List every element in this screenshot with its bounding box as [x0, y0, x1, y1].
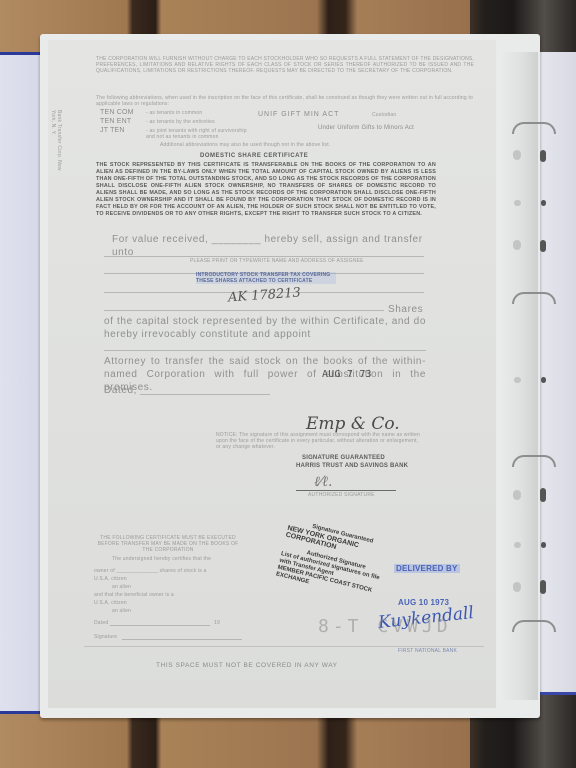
perforation-cancel-mark: 8-T CVWJD	[318, 616, 452, 637]
uniform-gifts-label: Under Uniform Gifts to Minors Act	[318, 124, 458, 133]
authorized-signature-label: AUTHORIZED SIGNATURE	[308, 492, 375, 498]
punch-hole	[540, 240, 546, 252]
punch-hole	[514, 377, 521, 383]
dated-footer-label: Dated	[94, 620, 108, 626]
form-line: and that the beneficial owner is a	[94, 592, 174, 598]
form-line: an alien	[112, 608, 131, 614]
form-line: owner of ______________ shares of stock …	[94, 568, 206, 574]
shares-line	[104, 310, 384, 311]
form-line: U.S.A. citizen	[94, 600, 127, 606]
abbrev-code: JT TEN	[100, 126, 125, 135]
form-line: an alien	[112, 584, 131, 590]
undersigned-text: The undersigned hereby certifies that th…	[112, 556, 211, 562]
authorized-signature-line	[296, 490, 396, 491]
attorney-text: Attorney to transfer the said stock on t…	[104, 355, 426, 394]
delivered-by-stamp: DELIVERED BY	[394, 564, 460, 573]
punch-hole	[513, 582, 521, 592]
abbreviations-intro: The following abbreviations, when used i…	[96, 95, 474, 107]
binder-ring-icon	[512, 620, 556, 632]
notice-text: NOTICE: The signature of this assignment…	[216, 432, 424, 450]
capital-stock-text: of the capital stock represented by the …	[104, 315, 426, 341]
footer-warning: THIS SPACE MUST NOT BE COVERED IN ANY WA…	[156, 661, 338, 670]
domestic-share-paragraph: THE STOCK REPRESENTED BY THIS CERTIFICAT…	[96, 162, 436, 218]
attorney-line	[104, 350, 426, 351]
abbrev-code: TEN COM	[100, 108, 134, 117]
intro-paragraph: THE CORPORATION WILL FURNISH WITHOUT CHA…	[96, 56, 474, 74]
bottom-bank-stamp: FIRST NATIONAL BANK	[398, 648, 457, 654]
abbrev-meaning: - as tenants by the entireties	[146, 119, 215, 125]
assignor-signature: Emp & Co.	[306, 414, 400, 434]
punch-hole	[514, 542, 521, 548]
punch-hole	[540, 150, 546, 162]
custodian-label: Custodian	[372, 112, 396, 118]
punch-hole	[540, 488, 546, 502]
year-label: 19	[214, 620, 220, 626]
certificate-notice-block: THE FOLLOWING CERTIFICATE MUST BE EXECUT…	[94, 535, 242, 553]
punch-hole	[514, 200, 521, 206]
guarantor-signature: ℓ⁄ℓ.	[314, 474, 332, 491]
date-stamp: AUG 7 73	[322, 370, 372, 379]
footer-divider	[84, 646, 484, 647]
punch-hole	[513, 150, 521, 160]
signature-line	[122, 639, 242, 640]
punch-hole	[541, 200, 546, 206]
dated-footer-line	[110, 625, 210, 626]
punch-hole	[541, 542, 546, 548]
form-line: U.S.A. citizen	[94, 576, 127, 582]
guarantor-bank-name: HARRIS TRUST AND SAVINGS BANK	[296, 462, 408, 471]
punch-hole	[540, 580, 546, 594]
additional-abbrev-note: Additional abbreviations may also be use…	[160, 142, 440, 148]
tax-stamp: INTRODUCTORY STOCK TRANSFER TAX COVERING…	[196, 272, 336, 284]
binder-ring-icon	[512, 455, 556, 467]
domestic-share-title: DOMESTIC SHARE CERTIFICATE	[200, 152, 308, 161]
binder-ring-icon	[512, 122, 556, 134]
print-name-caption: PLEASE PRINT OR TYPEWRITE NAME AND ADDRE…	[190, 258, 364, 264]
dated-line	[140, 394, 270, 395]
dated-label: Dated,	[104, 384, 137, 397]
binder-ring-icon	[512, 292, 556, 304]
abbrev-meaning: - as tenants in common	[146, 110, 202, 116]
punch-hole	[541, 377, 546, 383]
margin-transfer-agent-stamp: Bank Transfer Corp. New York, N. Y.	[50, 110, 62, 180]
assignee-line	[104, 256, 424, 257]
unif-gift-act-label: UNIF GIFT MIN ACT	[258, 110, 339, 119]
punch-hole	[513, 490, 521, 500]
abbrev-code: TEN ENT	[100, 117, 131, 126]
signature-label: Signature	[94, 634, 117, 640]
binder-right-cover	[538, 52, 576, 695]
abbrev-meaning: - as joint tenants with right of survivo…	[146, 128, 256, 140]
punch-hole	[513, 240, 521, 250]
